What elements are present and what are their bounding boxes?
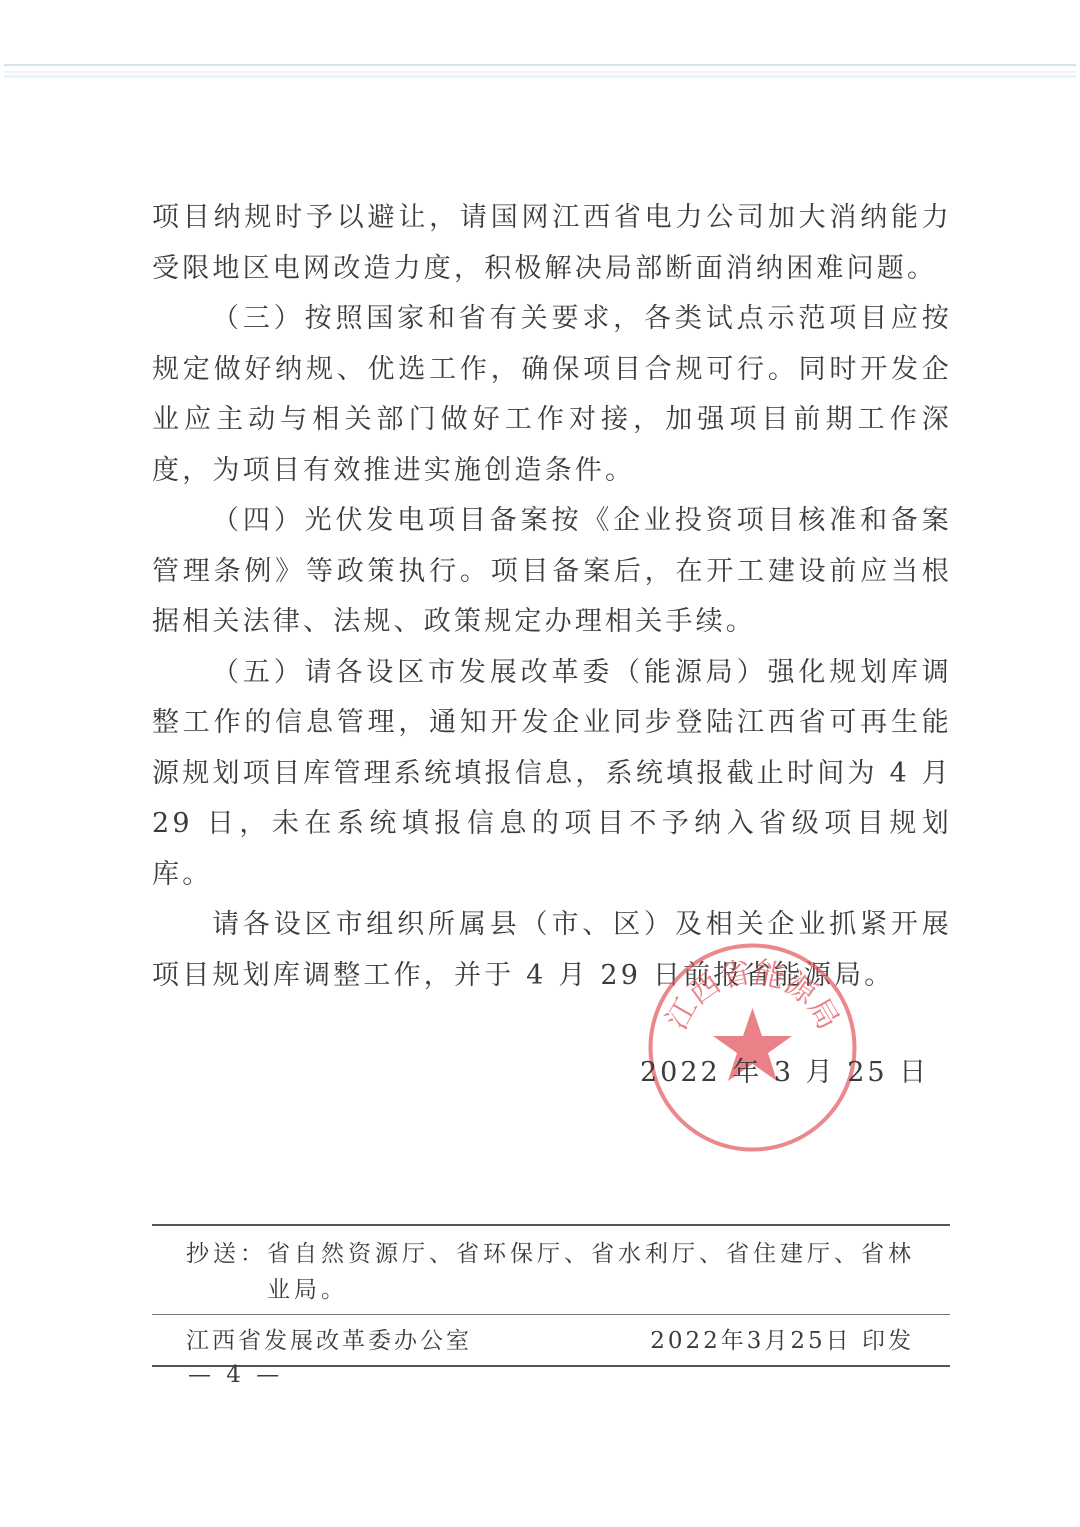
- cc-label: 抄送：: [186, 1236, 267, 1308]
- issuer-row: 江西省发展改革委办公室 2022年3月25日 印发: [152, 1315, 950, 1365]
- cc-row: 抄送： 省自然资源厅、省环保厅、省水利厅、省住建厅、省林业局。: [152, 1226, 950, 1314]
- signature-date: 2022 年 3 月 25 日: [640, 1050, 929, 1089]
- top-scan-band: [4, 64, 1076, 78]
- issuer-name: 江西省发展改革委办公室: [186, 1323, 472, 1359]
- issue-date: 2022年3月25日 印发: [650, 1323, 914, 1359]
- official-seal-icon: 江西省能源局: [645, 940, 860, 1155]
- paragraph-item-5: （五）请各设区市发展改革委（能源局）强化规划库调整工作的信息管理，通知开发企业同…: [152, 648, 952, 901]
- document-body: 项目纳规时予以避让，请国网江西省电力公司加大消纳能力受限地区电网改造力度，积极解…: [152, 193, 952, 1001]
- paragraph-item-3: （三）按照国家和省有关要求，各类试点示范项目应按规定做好纳规、优选工作，确保项目…: [152, 294, 952, 496]
- page-number: — 4 —: [188, 1362, 283, 1388]
- paragraph-continuation: 项目纳规时予以避让，请国网江西省电力公司加大消纳能力受限地区电网改造力度，积极解…: [152, 193, 952, 294]
- document-footer: 抄送： 省自然资源厅、省环保厅、省水利厅、省住建厅、省林业局。 江西省发展改革委…: [152, 1224, 950, 1367]
- paragraph-item-4: （四）光伏发电项目备案按《企业投资项目核准和备案管理条例》等政策执行。项目备案后…: [152, 496, 952, 648]
- cc-recipients: 省自然资源厅、省环保厅、省水利厅、省住建厅、省林业局。: [267, 1236, 950, 1308]
